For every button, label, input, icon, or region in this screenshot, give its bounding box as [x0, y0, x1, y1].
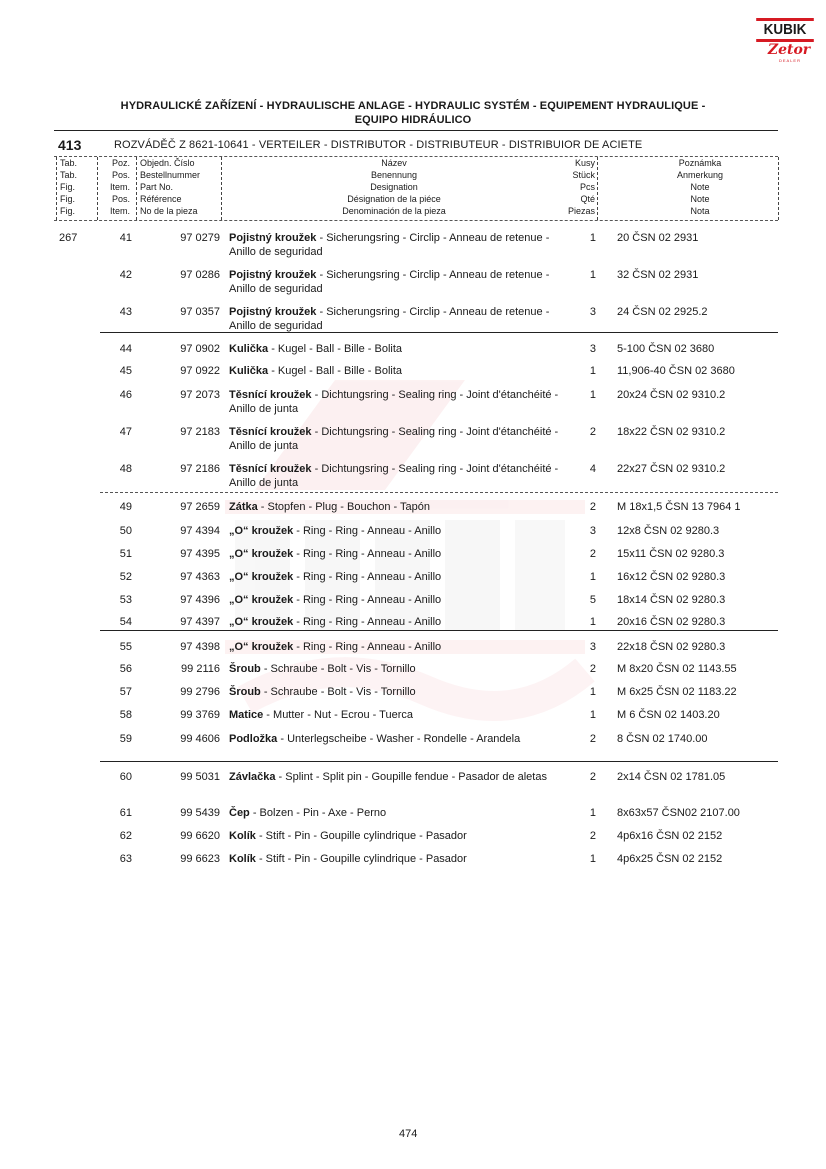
col-header-pos: Poz.Pos.Item.Pos.Item.	[100, 157, 130, 217]
cell-note: 5-100 ČSN 02 3680	[617, 342, 787, 356]
cell-description: „O“ kroužek - Ring - Ring - Anneau - Ani…	[229, 615, 559, 629]
cell-part-no: 97 0902	[150, 342, 220, 356]
cell-pos: 52	[100, 570, 132, 584]
page-title: HYDRAULICKÉ ZAŘÍZENÍ - HYDRAULISCHE ANLA…	[60, 99, 766, 127]
part-name-cz: „O“ kroužek	[229, 594, 293, 606]
cell-pos: 62	[100, 829, 132, 843]
cell-pos: 60	[100, 770, 132, 784]
cell-part-no: 99 5031	[150, 770, 220, 784]
cell-part-no: 97 4398	[150, 640, 220, 654]
col-divider	[97, 157, 98, 220]
section-title: ROZVÁDĚČ Z 8621-10641 - VERTEILER - DIST…	[114, 139, 642, 151]
cell-note: 22x18 ČSN 02 9280.3	[617, 640, 787, 654]
col-header-line: Item.	[100, 181, 130, 193]
col-divider	[221, 157, 222, 220]
col-header-line: Référence	[140, 193, 200, 205]
cell-pos: 43	[100, 305, 132, 319]
cell-note: 8x63x57 ČSN02 2107.00	[617, 806, 787, 820]
col-header-tab: Tab.Tab.Fig.Fig.Fig.	[60, 157, 77, 217]
cell-qty: 2	[570, 829, 596, 843]
part-name-cz: Kolík	[229, 853, 256, 865]
part-name-translations: - Stift - Pin - Goupille cylindrique - P…	[256, 830, 467, 842]
part-name-cz: Šroub	[229, 663, 261, 675]
cell-pos: 57	[100, 685, 132, 699]
cell-description: Závlačka - Splint - Split pin - Goupille…	[229, 770, 559, 784]
cell-description: „O“ kroužek - Ring - Ring - Anneau - Ani…	[229, 593, 559, 607]
cell-part-no: 99 2796	[150, 685, 220, 699]
cell-pos: 47	[100, 425, 132, 439]
part-name-cz: Pojistný kroužek	[229, 232, 316, 244]
cell-qty: 1	[570, 852, 596, 866]
col-header-line: Tab.	[60, 169, 77, 181]
cell-pos: 41	[100, 231, 132, 245]
part-name-translations: - Kugel - Ball - Bille - Bolita	[268, 343, 402, 355]
part-name-translations: - Kugel - Ball - Bille - Bolita	[268, 365, 402, 377]
cell-tab: 267	[59, 231, 89, 245]
cell-description: Kulička - Kugel - Ball - Bille - Bolita	[229, 364, 559, 378]
cell-description: „O“ kroužek - Ring - Ring - Anneau - Ani…	[229, 640, 559, 654]
col-divider	[136, 157, 137, 220]
cell-qty: 3	[570, 342, 596, 356]
cell-description: Zátka - Stopfen - Plug - Bouchon - Tapón	[229, 500, 559, 514]
cell-pos: 58	[100, 708, 132, 722]
cell-qty: 1	[570, 268, 596, 282]
part-name-cz: „O“ kroužek	[229, 548, 293, 560]
cell-description: Pojistný kroužek - Sicherungsring - Circ…	[229, 231, 559, 259]
part-name-translations: - Ring - Ring - Anneau - Anillo	[293, 548, 441, 560]
part-name-translations: - Unterlegscheibe - Washer - Rondelle - …	[277, 733, 520, 745]
cell-note: 20x24 ČSN 02 9310.2	[617, 388, 787, 402]
col-header-line: Pos.	[100, 169, 130, 181]
cell-pos: 42	[100, 268, 132, 282]
cell-description: „O“ kroužek - Ring - Ring - Anneau - Ani…	[229, 570, 559, 584]
cell-description: Šroub - Schraube - Bolt - Vis - Tornillo	[229, 662, 559, 676]
cell-pos: 50	[100, 524, 132, 538]
cell-note: 11,906-40 ČSN 02 3680	[617, 364, 787, 378]
part-name-cz: „O“ kroužek	[229, 525, 293, 537]
part-name-cz: Kolík	[229, 830, 256, 842]
cell-note: 24 ČSN 02 2925.2	[617, 305, 787, 319]
part-name-cz: Čep	[229, 807, 250, 819]
cell-part-no: 99 6620	[150, 829, 220, 843]
cell-part-no: 97 0279	[150, 231, 220, 245]
cell-part-no: 97 2073	[150, 388, 220, 402]
cell-pos: 54	[100, 615, 132, 629]
col-header-line: Denominación de la pieza	[222, 205, 566, 217]
col-header-line: Nota	[600, 205, 800, 217]
cell-pos: 48	[100, 462, 132, 476]
part-name-translations: - Splint - Split pin - Goupille fendue -…	[275, 771, 546, 783]
group-separator	[100, 761, 778, 762]
cell-description: „O“ kroužek - Ring - Ring - Anneau - Ani…	[229, 547, 559, 561]
cell-part-no: 97 4394	[150, 524, 220, 538]
logo-tagline: DEALER	[769, 58, 811, 63]
cell-note: 18x22 ČSN 02 9310.2	[617, 425, 787, 439]
cell-qty: 1	[570, 615, 596, 629]
part-name-cz: Šroub	[229, 686, 261, 698]
col-header-line: Note	[600, 181, 800, 193]
cell-note: 18x14 ČSN 02 9280.3	[617, 593, 787, 607]
part-name-cz: Matice	[229, 709, 263, 721]
col-header-line: Benennung	[222, 169, 566, 181]
cell-description: Těsnící kroužek - Dichtungsring - Sealin…	[229, 462, 559, 490]
cell-note: 2x14 ČSN 02 1781.05	[617, 770, 787, 784]
col-header-line: Qté	[560, 193, 595, 205]
col-header-line: Fig.	[60, 205, 77, 217]
cell-description: Kolík - Stift - Pin - Goupille cylindriq…	[229, 829, 559, 843]
cell-description: Podložka - Unterlegscheibe - Washer - Ro…	[229, 732, 559, 746]
col-header-line: No de la pieza	[140, 205, 200, 217]
cell-part-no: 97 4396	[150, 593, 220, 607]
cell-pos: 55	[100, 640, 132, 654]
cell-note: 32 ČSN 02 2931	[617, 268, 787, 282]
part-name-cz: Podložka	[229, 733, 277, 745]
cell-qty: 2	[570, 770, 596, 784]
cell-part-no: 99 3769	[150, 708, 220, 722]
col-divider	[56, 157, 57, 220]
cell-description: Matice - Mutter - Nut - Ecrou - Tuerca	[229, 708, 559, 722]
cell-qty: 3	[570, 305, 596, 319]
cell-note: 4p6x16 ČSN 02 2152	[617, 829, 787, 843]
part-name-cz: „O“ kroužek	[229, 616, 293, 628]
cell-qty: 1	[570, 685, 596, 699]
cell-description: Těsnící kroužek - Dichtungsring - Sealin…	[229, 388, 559, 416]
cell-qty: 2	[570, 662, 596, 676]
cell-description: Čep - Bolzen - Pin - Axe - Perno	[229, 806, 559, 820]
cell-note: 4p6x25 ČSN 02 2152	[617, 852, 787, 866]
group-separator	[100, 630, 778, 631]
part-name-cz: Závlačka	[229, 771, 275, 783]
part-name-translations: - Ring - Ring - Anneau - Anillo	[293, 525, 441, 537]
part-name-cz: „O“ kroužek	[229, 641, 293, 653]
cell-qty: 5	[570, 593, 596, 607]
cell-note: 12x8 ČSN 02 9280.3	[617, 524, 787, 538]
cell-qty: 4	[570, 462, 596, 476]
cell-part-no: 97 0286	[150, 268, 220, 282]
page-number: 474	[399, 1128, 417, 1140]
cell-qty: 1	[570, 364, 596, 378]
col-header-line: Název	[222, 157, 566, 169]
col-header-desc: NázevBenennungDesignationDésignation de …	[222, 157, 566, 217]
col-header-line: Tab.	[60, 157, 77, 169]
cell-note: 22x27 ČSN 02 9310.2	[617, 462, 787, 476]
col-header-line: Stück	[560, 169, 595, 181]
header-bottom-rule	[54, 220, 778, 221]
cell-note: M 6 ČSN 02 1403.20	[617, 708, 787, 722]
cell-part-no: 99 2116	[150, 662, 220, 676]
col-divider	[597, 157, 598, 220]
kubik-zetor-logo: KUBIK Zetor DEALER	[753, 14, 819, 70]
cell-pos: 63	[100, 852, 132, 866]
cell-note: 16x12 ČSN 02 9280.3	[617, 570, 787, 584]
col-header-line: Poznámka	[600, 157, 800, 169]
part-name-cz: Kulička	[229, 343, 268, 355]
title-line-2: EQUIPO HIDRÁULICO	[60, 113, 766, 127]
col-header-note: PoznámkaAnmerkungNoteNoteNota	[600, 157, 800, 217]
cell-qty: 2	[570, 425, 596, 439]
col-header-line: Bestellnummer	[140, 169, 200, 181]
cell-description: Pojistný kroužek - Sicherungsring - Circ…	[229, 268, 559, 296]
cell-qty: 3	[570, 640, 596, 654]
cell-qty: 1	[570, 388, 596, 402]
cell-pos: 49	[100, 500, 132, 514]
cell-part-no: 99 5439	[150, 806, 220, 820]
col-header-line: Désignation de la piéce	[222, 193, 566, 205]
part-name-cz: Těsnící kroužek	[229, 389, 312, 401]
col-header-line: Designation	[222, 181, 566, 193]
col-header-line: Part No.	[140, 181, 200, 193]
cell-qty: 2	[570, 500, 596, 514]
cell-pos: 53	[100, 593, 132, 607]
cell-qty: 1	[570, 570, 596, 584]
part-name-cz: Kulička	[229, 365, 268, 377]
cell-part-no: 97 0922	[150, 364, 220, 378]
col-header-line: Pos.	[100, 193, 130, 205]
part-name-cz: Těsnící kroužek	[229, 463, 312, 475]
cell-part-no: 97 4395	[150, 547, 220, 561]
title-line-1: HYDRAULICKÉ ZAŘÍZENÍ - HYDRAULISCHE ANLA…	[60, 99, 766, 113]
cell-note: M 18x1,5 ČSN 13 7964 1	[617, 500, 787, 514]
col-header-line: Objedn. Číslo	[140, 157, 200, 169]
part-name-cz: Pojistný kroužek	[229, 306, 316, 318]
cell-part-no: 97 2186	[150, 462, 220, 476]
part-name-translations: - Schraube - Bolt - Vis - Tornillo	[261, 663, 416, 675]
cell-pos: 56	[100, 662, 132, 676]
col-header-line: Anmerkung	[600, 169, 800, 181]
cell-description: Šroub - Schraube - Bolt - Vis - Tornillo	[229, 685, 559, 699]
col-header-line: Fig.	[60, 181, 77, 193]
col-header-line: Kusy	[560, 157, 595, 169]
cell-pos: 59	[100, 732, 132, 746]
cell-qty: 2	[570, 547, 596, 561]
section-number: 413	[58, 137, 81, 153]
cell-part-no: 97 0357	[150, 305, 220, 319]
cell-pos: 45	[100, 364, 132, 378]
part-name-translations: - Ring - Ring - Anneau - Anillo	[293, 641, 441, 653]
cell-part-no: 97 2183	[150, 425, 220, 439]
cell-pos: 61	[100, 806, 132, 820]
cell-note: M 8x20 ČSN 02 1143.55	[617, 662, 787, 676]
part-name-cz: Zátka	[229, 501, 258, 513]
part-name-translations: - Stopfen - Plug - Bouchon - Tapón	[258, 501, 430, 513]
col-header-line: Item.	[100, 205, 130, 217]
cell-qty: 2	[570, 732, 596, 746]
col-header-part: Objedn. ČísloBestellnummerPart No.Référe…	[140, 157, 200, 217]
cell-description: „O“ kroužek - Ring - Ring - Anneau - Ani…	[229, 524, 559, 538]
cell-pos: 51	[100, 547, 132, 561]
col-divider	[778, 157, 779, 220]
cell-part-no: 97 4397	[150, 615, 220, 629]
cell-part-no: 97 2659	[150, 500, 220, 514]
part-name-translations: - Mutter - Nut - Ecrou - Tuerca	[263, 709, 413, 721]
cell-part-no: 97 4363	[150, 570, 220, 584]
cell-pos: 46	[100, 388, 132, 402]
part-name-translations: - Schraube - Bolt - Vis - Tornillo	[261, 686, 416, 698]
col-header-line: Pcs	[560, 181, 595, 193]
part-name-cz: Těsnící kroužek	[229, 426, 312, 438]
cell-part-no: 99 4606	[150, 732, 220, 746]
col-header-line: Poz.	[100, 157, 130, 169]
cell-qty: 1	[570, 806, 596, 820]
col-header-line: Note	[600, 193, 800, 205]
logo-sub: Zetor	[761, 43, 817, 57]
cell-part-no: 99 6623	[150, 852, 220, 866]
cell-note: 15x11 ČSN 02 9280.3	[617, 547, 787, 561]
cell-pos: 44	[100, 342, 132, 356]
cell-qty: 1	[570, 708, 596, 722]
cell-qty: 1	[570, 231, 596, 245]
cell-qty: 3	[570, 524, 596, 538]
title-rule	[54, 130, 778, 131]
group-separator	[100, 332, 778, 333]
group-separator	[100, 492, 778, 493]
cell-description: Kulička - Kugel - Ball - Bille - Bolita	[229, 342, 559, 356]
cell-note: 8 ČSN 02 1740.00	[617, 732, 787, 746]
part-name-translations: - Ring - Ring - Anneau - Anillo	[293, 594, 441, 606]
part-name-cz: Pojistný kroužek	[229, 269, 316, 281]
logo-brand: KUBIK	[756, 18, 814, 42]
col-header-line: Piezas	[560, 205, 595, 217]
cell-description: Pojistný kroužek - Sicherungsring - Circ…	[229, 305, 559, 333]
part-name-translations: - Bolzen - Pin - Axe - Perno	[250, 807, 386, 819]
cell-note: 20x16 ČSN 02 9280.3	[617, 615, 787, 629]
col-header-line: Fig.	[60, 193, 77, 205]
cell-note: 20 ČSN 02 2931	[617, 231, 787, 245]
cell-description: Kolík - Stift - Pin - Goupille cylindriq…	[229, 852, 559, 866]
part-name-translations: - Ring - Ring - Anneau - Anillo	[293, 616, 441, 628]
part-name-cz: „O“ kroužek	[229, 571, 293, 583]
col-header-qty: KusyStückPcsQtéPiezas	[560, 157, 595, 217]
cell-description: Těsnící kroužek - Dichtungsring - Sealin…	[229, 425, 559, 453]
cell-note: M 6x25 ČSN 02 1183.22	[617, 685, 787, 699]
part-name-translations: - Ring - Ring - Anneau - Anillo	[293, 571, 441, 583]
part-name-translations: - Stift - Pin - Goupille cylindrique - P…	[256, 853, 467, 865]
